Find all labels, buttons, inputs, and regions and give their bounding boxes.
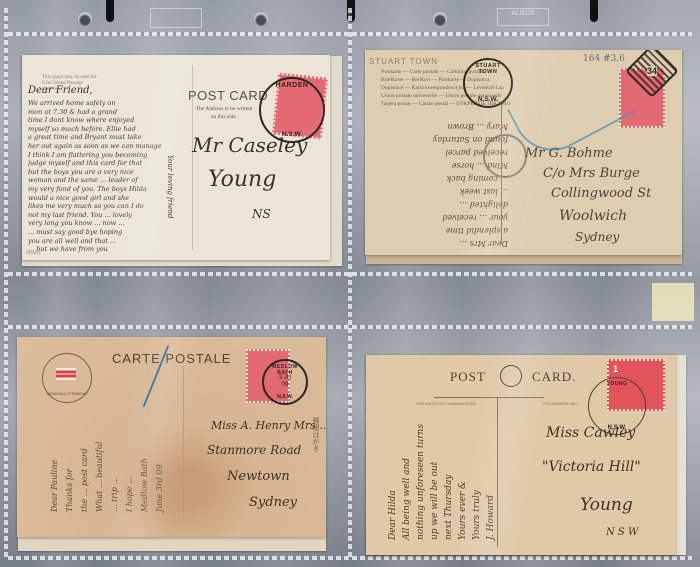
- message-body: We arrived home safely on mon at 7.30 & …: [28, 99, 188, 254]
- card-divider: [501, 104, 502, 244]
- message-body-vertical: Dear Pauline Thanks for the ... post car…: [47, 362, 197, 512]
- binder-ring-right: [590, 0, 598, 22]
- postcard-top-left: This space may be used for it for Inland…: [22, 55, 330, 260]
- sticky-tab: [652, 283, 694, 321]
- address-line: Collingwood St: [551, 186, 651, 201]
- sleeve-label-right: ALBOX: [497, 8, 549, 26]
- punch-hole: [254, 12, 268, 26]
- card-header: POST CARD: [188, 88, 268, 103]
- postcard-top-right: STUART TOWN Postkarte — Carte postale — …: [365, 50, 682, 255]
- address-line: Young: [580, 495, 633, 515]
- address-line: Miss Cawley: [546, 425, 635, 441]
- address-line: Mr Caseley: [192, 133, 307, 157]
- postmark-medlow-bath: MEDLOW BATH 3 JU09 N.S.W.: [262, 359, 308, 405]
- postcard-bottom-left: JAPAN MAIL STEAMSHIP CARTE POSTALE Dear …: [17, 337, 326, 537]
- message-body-upside-down: Dear Mrs ... a splendid time your ... re…: [373, 110, 508, 250]
- address-line: Young: [208, 167, 276, 192]
- address-line: Newtown: [227, 469, 290, 484]
- address-line: N S W: [606, 527, 638, 538]
- address-line: Miss A. Henry Mrs ...: [211, 419, 326, 432]
- binder-ring-left: [106, 0, 114, 22]
- postcard-bottom-right: POST CARD. THIS SPACE FOR COMMUNICATION …: [366, 355, 676, 555]
- message-body-vertical: Dear Hilda All being well and nothing un…: [386, 370, 516, 540]
- address-only-label: FOR ADDRESS ONLY: [543, 402, 578, 406]
- sleeve-label-left: [150, 8, 202, 28]
- address-line: Woolwich: [559, 208, 627, 224]
- address-line: "Victoria Hill": [542, 459, 641, 475]
- punch-hole: [78, 12, 92, 26]
- margin-note: Your loving friend: [166, 155, 174, 218]
- greeting: Dear Friend,: [28, 85, 93, 96]
- underlying-card: [18, 535, 326, 551]
- address-line: Sydney: [575, 230, 619, 244]
- sleeve-seam: [4, 8, 8, 559]
- address-instructions: The Address to be written on this side.: [189, 105, 259, 121]
- address-line: Mr G. Bohme: [525, 146, 613, 161]
- address-line: NS: [252, 207, 271, 221]
- town-heading: STUART TOWN: [369, 57, 438, 66]
- address-line: C/o Mrs Burge: [543, 166, 640, 181]
- address-line: Sydney: [249, 495, 297, 510]
- postmark-stuart-town: STUART TOWN N.S.W.: [463, 58, 513, 108]
- card-header-right: CARD.: [532, 369, 576, 385]
- sleeve-seam: [348, 8, 352, 559]
- address-line: Stanmore Road: [207, 443, 301, 457]
- punch-hole: [433, 12, 447, 26]
- printer-mark: Sydney: [26, 251, 41, 256]
